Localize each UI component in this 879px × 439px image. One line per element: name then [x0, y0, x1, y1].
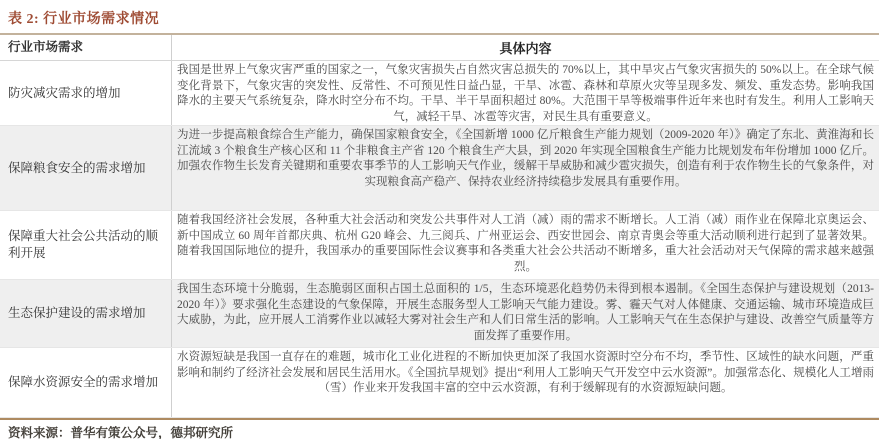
- table-row: 保障重大社会公共活动的顺利开展 随着我国经济社会发展，各种重大社会活动和突发公共…: [0, 211, 879, 280]
- column-header-demand: 行业市场需求: [0, 35, 172, 60]
- table-row: 防灾减灾需求的增加 我国是世界上气象灾害严重的国家之一，气象灾害损失占自然灾害总…: [0, 61, 879, 126]
- column-header-content: 具体内容: [172, 35, 879, 60]
- row-label: 保障粮食安全的需求增加: [0, 126, 172, 210]
- table-header-row: 行业市场需求 具体内容: [0, 35, 879, 61]
- row-label: 防灾减灾需求的增加: [0, 61, 172, 125]
- table-row: 保障粮食安全的需求增加 为进一步提高粮食综合生产能力，确保国家粮食安全，《全国新…: [0, 126, 879, 211]
- row-label: 生态保护建设的需求增加: [0, 280, 172, 347]
- row-content: 随着我国经济社会发展，各种重大社会活动和突发公共事件对人工消（减）雨的需求不断增…: [172, 211, 879, 279]
- row-content: 我国是世界上气象灾害严重的国家之一，气象灾害损失占自然灾害总损失的 70%以上，…: [172, 61, 879, 125]
- row-content: 为进一步提高粮食综合生产能力，确保国家粮食安全，《全国新增 1000 亿斤粮食生…: [172, 126, 879, 210]
- table-title: 表 2: 行业市场需求情况: [0, 0, 879, 33]
- row-label: 保障水资源安全的需求增加: [0, 348, 172, 417]
- row-label: 保障重大社会公共活动的顺利开展: [0, 211, 172, 279]
- row-content: 水资源短缺是我国一直存在的难题，城市化工业化进程的不断加快更加深了我国水资源时空…: [172, 348, 879, 417]
- table-row: 生态保护建设的需求增加 我国生态环境十分脆弱，生态脆弱区面积占国土总面积的 1/…: [0, 280, 879, 348]
- row-content: 我国生态环境十分脆弱，生态脆弱区面积占国土总面积的 1/5，生态环境恶化趋势仍未…: [172, 280, 879, 347]
- source-note: 资料来源：普华有策公众号，德邦研究所: [0, 420, 879, 439]
- table-row: 保障水资源安全的需求增加 水资源短缺是我国一直存在的难题，城市化工业化进程的不断…: [0, 348, 879, 418]
- report-table-page: 表 2: 行业市场需求情况 行业市场需求 具体内容 防灾减灾需求的增加 我国是世…: [0, 0, 879, 439]
